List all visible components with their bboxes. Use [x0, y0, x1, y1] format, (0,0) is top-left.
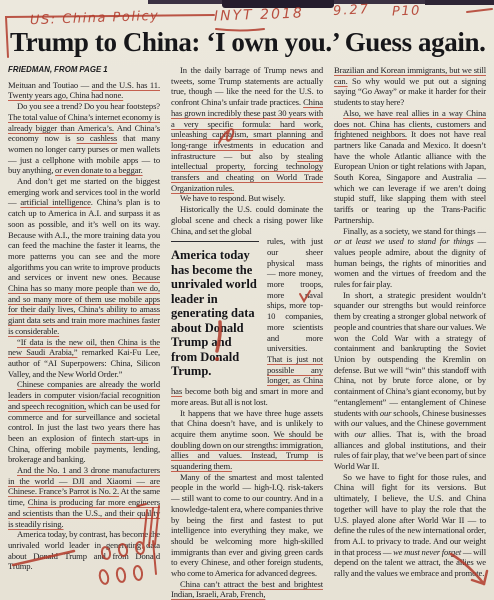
article-paragraph: Do you see a trend? Do you hear footstep…	[8, 101, 160, 176]
article-text: So we have to fight for those rules, and…	[334, 472, 486, 557]
red-underlined-text: China is producing far more engineers an…	[8, 497, 160, 528]
column-3: Brazilian and Korean immigrants, but we …	[334, 65, 486, 600]
red-underlined-text: China can’t attract the best and brighte…	[171, 579, 323, 600]
article-body: FRIEDMAN, FROM PAGE 1Meituan and Toutiao…	[0, 60, 494, 600]
article-text: It does not have real partners like Cana…	[334, 129, 486, 225]
article-paragraph: Meituan and Toutiao — and the U.S. has 1…	[8, 80, 160, 101]
article-text: become both big and smart in more and mo…	[171, 386, 323, 407]
article-paragraph: And the No. 1 and 3 drone manufacturers …	[8, 465, 160, 529]
newspaper-page: US: China Policy INYT 2018 9.27 P10 Trum…	[0, 0, 494, 600]
article-text: America today, by contrast, has become t…	[8, 529, 160, 571]
article-paragraph: In the daily barrage of Trump news and t…	[171, 65, 323, 193]
article-paragraph: Finally, as a society, we stand for thin…	[334, 226, 486, 290]
article-text: Finally, as a society, we stand for thin…	[343, 226, 486, 236]
red-underlined-text: or even donate to a beggar.	[55, 165, 143, 175]
photo-edge	[425, 0, 494, 5]
article-paragraph: And don’t get me started on the biggest …	[8, 176, 160, 337]
article-paragraph: We have to respond. But wisely.	[171, 193, 323, 204]
article-text: So why would we put out a signing saying…	[334, 76, 486, 107]
article-text: We have to respond. But wisely.	[180, 193, 285, 203]
red-underlined-text: artificial intelligence	[20, 197, 90, 207]
article-paragraph: Chinese companies are already the world …	[8, 379, 160, 465]
article-paragraph: China can’t attract the best and brighte…	[171, 579, 323, 600]
article-text: our	[380, 408, 392, 418]
article-kicker: FRIEDMAN, FROM PAGE 1	[8, 65, 160, 76]
column-1: FRIEDMAN, FROM PAGE 1Meituan and Toutiao…	[8, 65, 160, 600]
article-paragraph: Brazilian and Korean immigrants, but we …	[334, 65, 486, 108]
article-text: we must never forget	[393, 547, 461, 557]
article-text: In short, a strategic president wouldn’t…	[334, 290, 486, 418]
article-paragraph: Historically the U.S. could dominate the…	[171, 204, 323, 236]
article-text: Do you see a trend? Do you hear footstep…	[17, 101, 160, 111]
article-text: In the daily barrage of Trump news and t…	[171, 65, 323, 107]
article-text: Many of the smartest and most talented p…	[171, 472, 323, 578]
article-paragraph: Many of the smartest and most talented p…	[171, 472, 323, 579]
article-paragraph: It happens that we have three huge asset…	[171, 408, 323, 472]
photo-edge	[222, 0, 334, 8]
article-paragraph: America today, by contrast, has become t…	[8, 529, 160, 572]
red-underlined-text: so cashless	[76, 133, 117, 143]
article-text: rules, with just our sheer physical mass…	[267, 236, 323, 353]
article-text: or at least we used to stand for things	[334, 236, 474, 246]
article-text: our	[354, 429, 366, 439]
article-paragraph: So we have to fight for those rules, and…	[334, 472, 486, 579]
article-text: . China’s plan is to catch up to America…	[8, 197, 160, 282]
article-paragraph: Also, we have real allies in a way China…	[334, 108, 486, 226]
pull-quote: America today has become the unrivaled w…	[171, 241, 259, 379]
article-paragraph: In short, a strategic president wouldn’t…	[334, 290, 486, 472]
article-headline: Trump to China: ‘I own you.’ Guess again…	[0, 0, 494, 60]
column-2: In the daily barrage of Trump news and t…	[171, 65, 323, 600]
article-text: our	[351, 418, 363, 428]
red-underlined-text: fintech start-ups	[92, 433, 149, 443]
article-paragraph: “If data is the new oil, then China is t…	[8, 337, 160, 380]
article-text: Meituan and Toutiao —	[8, 80, 92, 90]
article-text: Historically the U.S. could dominate the…	[171, 204, 323, 235]
